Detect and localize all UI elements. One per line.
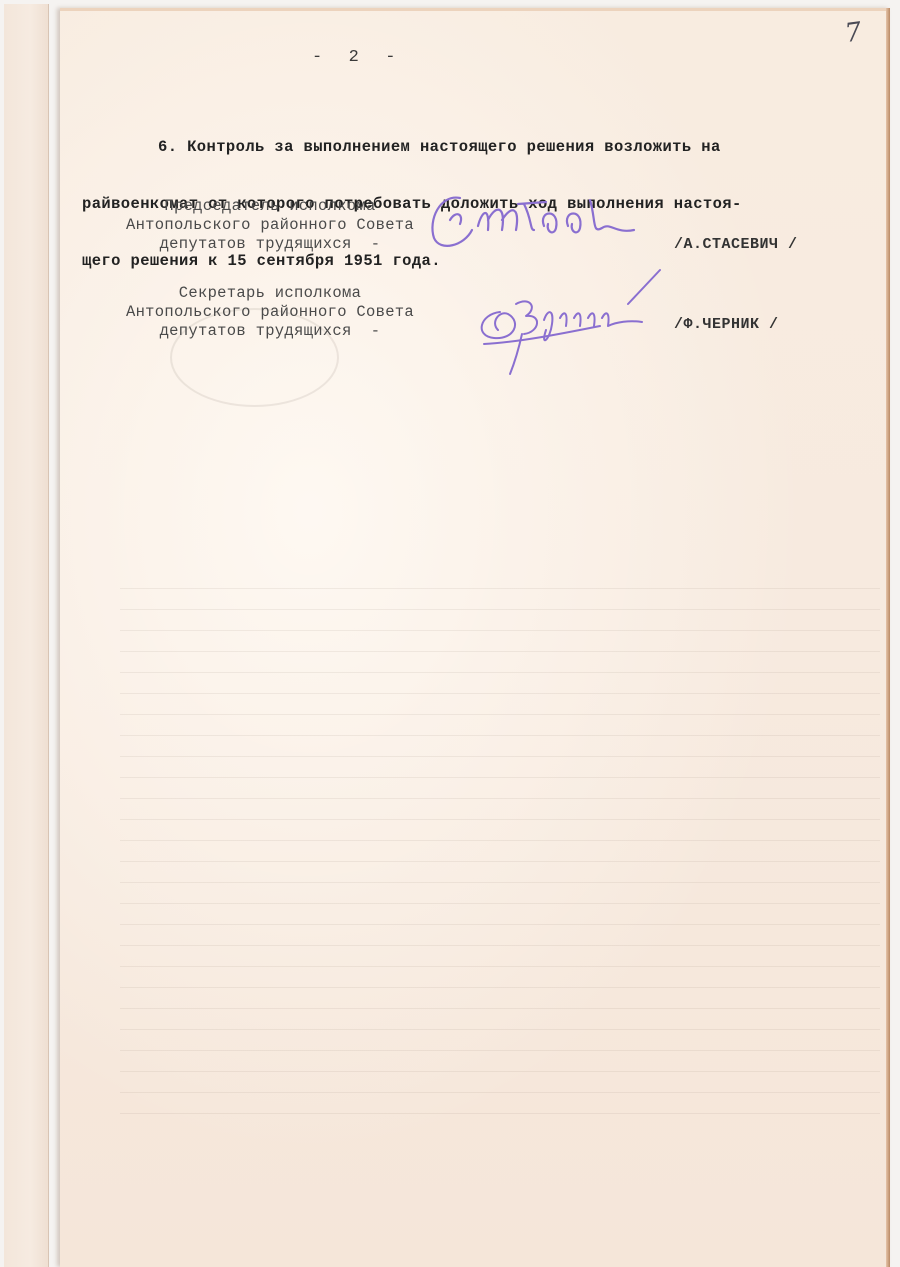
chairman-name: /А.СТАСЕВИЧ / [674,236,798,253]
secretary-title-line-3: депутатов трудящихся - [100,322,440,341]
chairman-title-line-3: депутатов трудящихся - [100,235,440,254]
chairman-title-block: Председатель исполкома Антопольского рай… [100,197,440,254]
secretary-title-line-2: Антопольского районного Совета [100,303,440,322]
page-number: - 2 - [312,48,397,67]
document-page: - 2 - 7 6. Контроль за выполнением насто… [60,8,890,1267]
bleed-through-table [120,568,880,1128]
secretary-title-line-1: Секретарь исполкома [100,284,440,303]
secretary-name: /Ф.ЧЕРНИК / [674,316,779,333]
secretary-signature [460,264,690,384]
chairman-title-line-2: Антопольского районного Совета [100,216,440,235]
chairman-title-line-1: Председатель исполкома [100,197,440,216]
page-top-edge [60,8,890,11]
page-right-edge [886,8,890,1267]
paragraph-line-1: 6. Контроль за выполнением настоящего ре… [82,138,742,157]
folio-number: 7 [843,17,864,49]
chairman-signature [420,180,680,260]
previous-page-edge [4,4,49,1267]
secretary-title-block: Секретарь исполкома Антопольского районн… [100,284,440,341]
